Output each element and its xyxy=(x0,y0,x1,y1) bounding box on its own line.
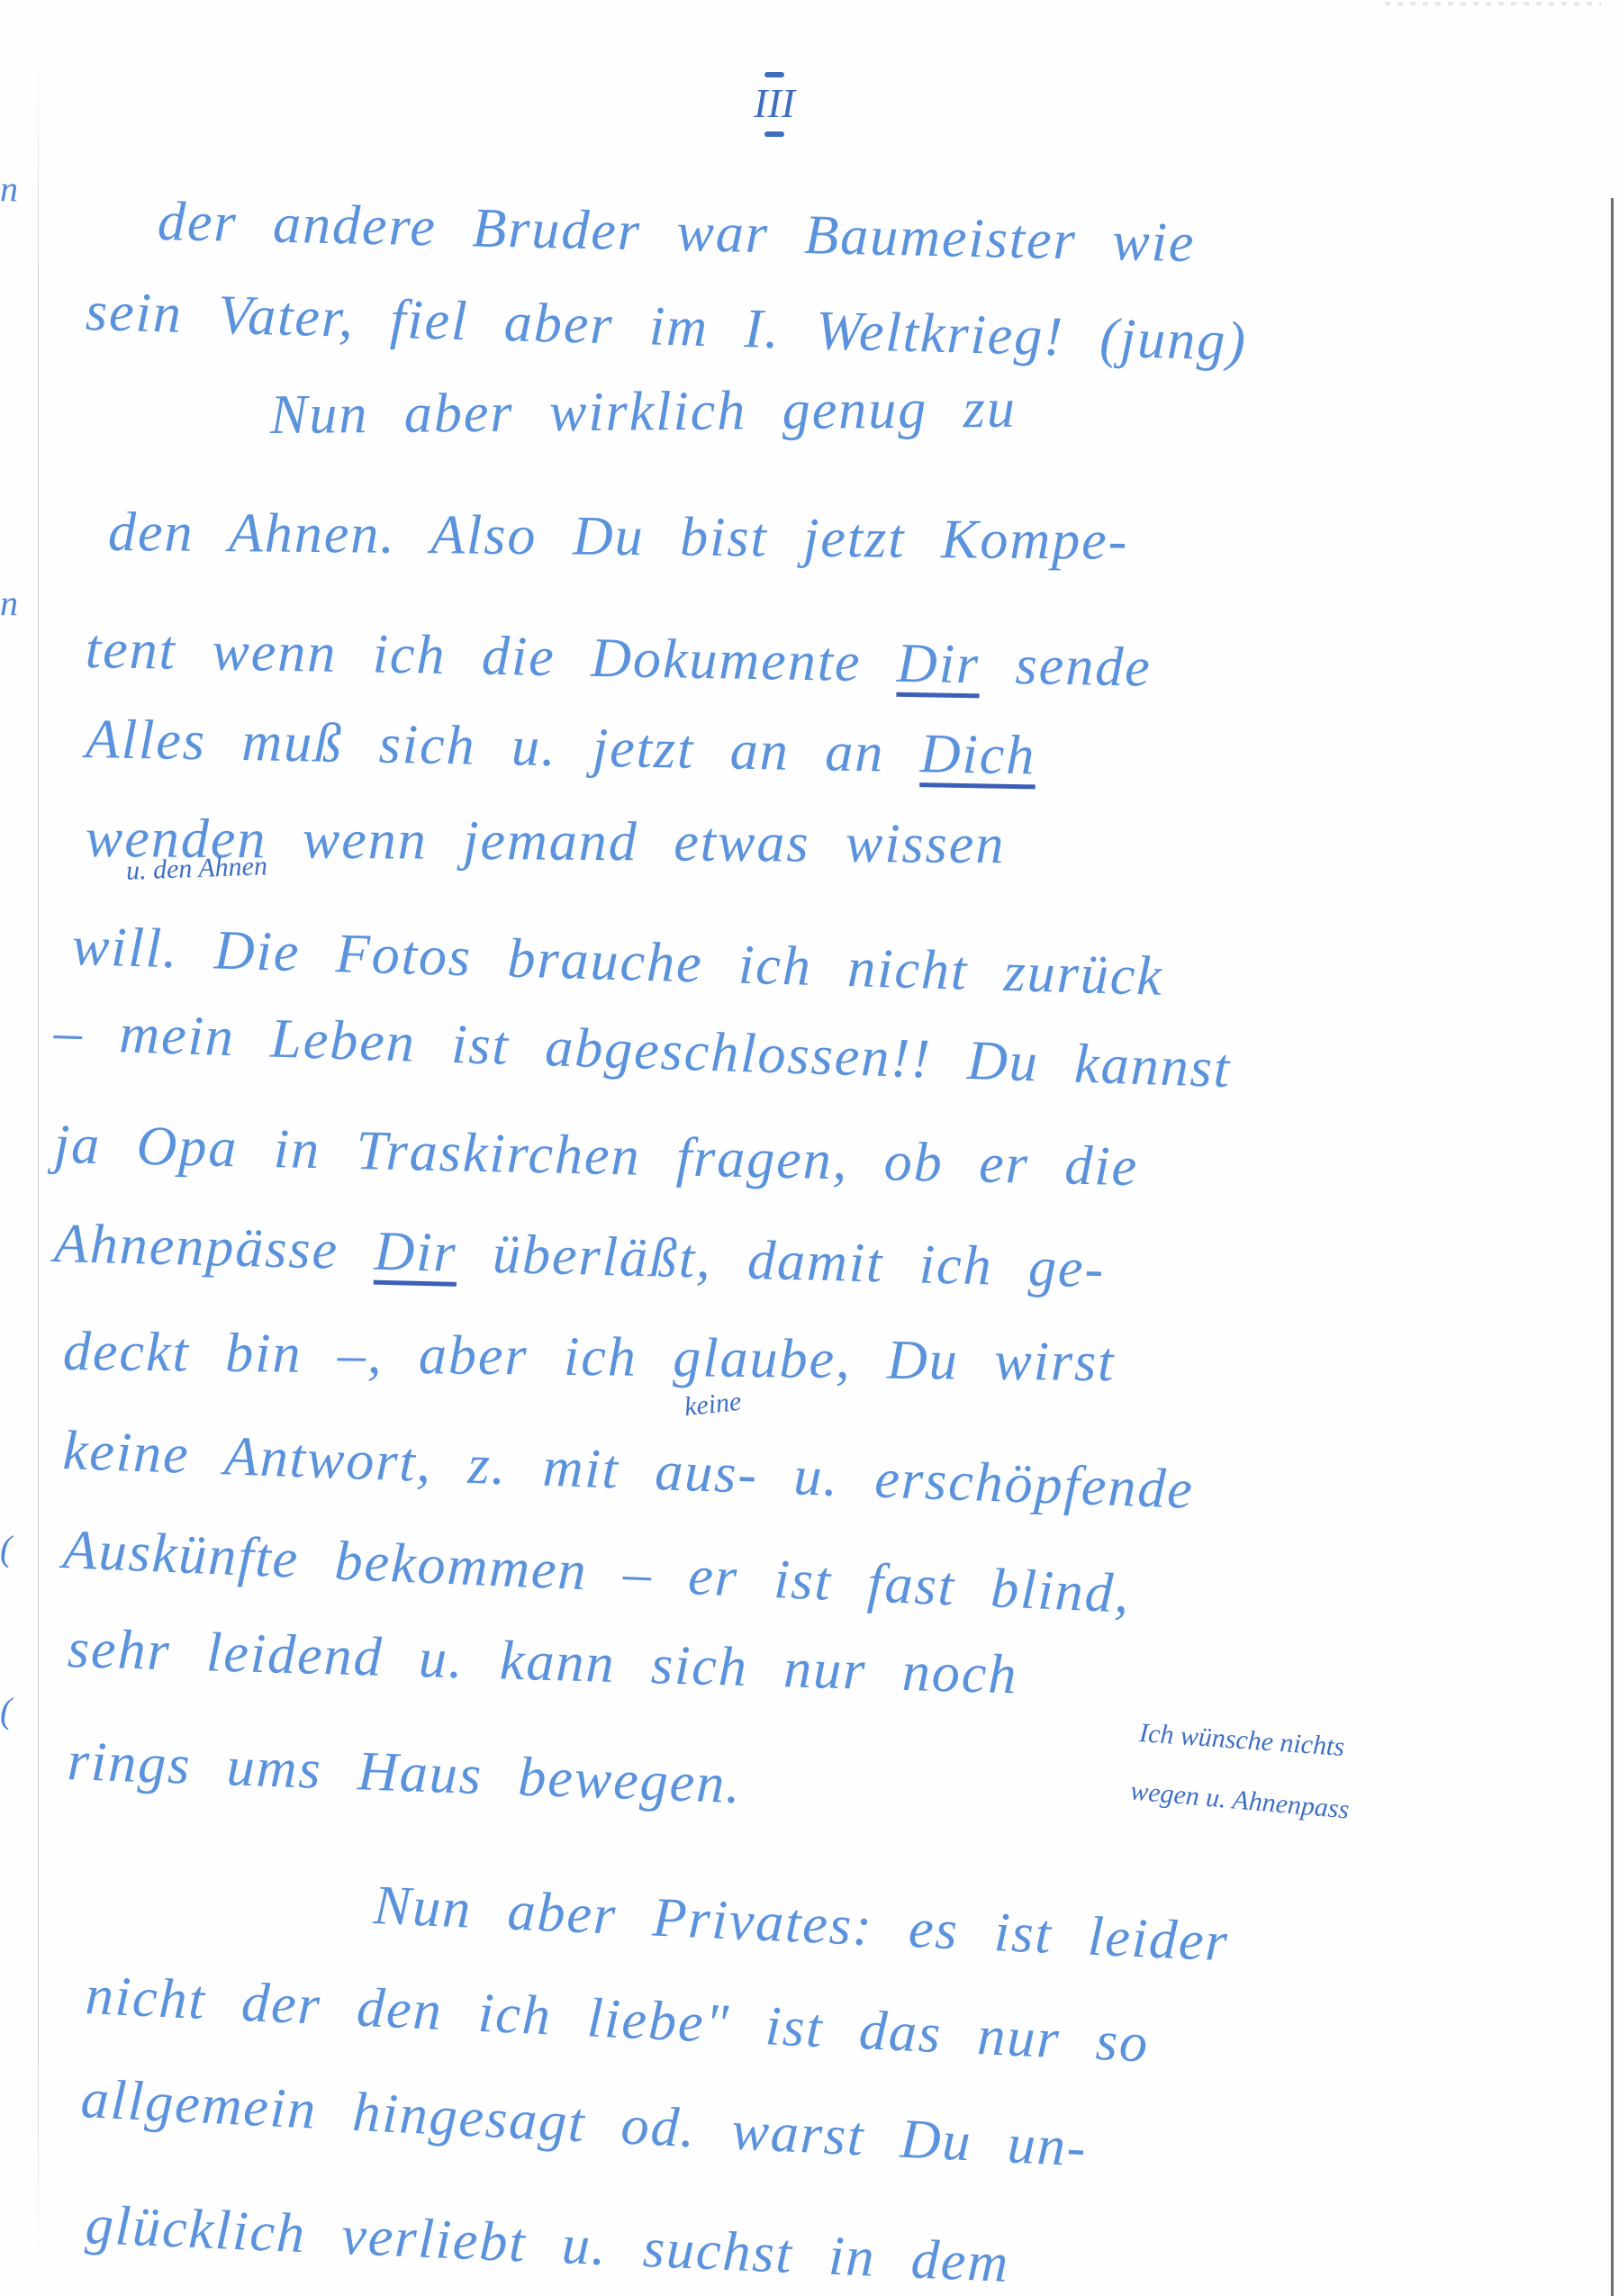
line-segment: tent wenn ich die Dokumente xyxy=(85,619,897,694)
margin-note: ( xyxy=(0,1693,12,1729)
line-segment: überläßt, damit ich ge- xyxy=(457,1223,1106,1300)
interlinear-note: wegen u. Ahnenpass xyxy=(1129,1777,1350,1823)
handwritten-line: keine Antwort, z. mit aus- u. erschöpfen… xyxy=(62,1423,1195,1518)
handwritten-line: Alles muß sich u. jetzt an an Dich xyxy=(85,711,1036,783)
letter-page: III nn(( der andere Bruder war Baumeiste… xyxy=(0,0,1619,2296)
line-segment: sende xyxy=(980,634,1153,698)
margin-note: n xyxy=(0,585,18,621)
scan-artifact xyxy=(1385,2,1601,5)
page-number-underline xyxy=(764,131,784,137)
handwritten-line: den Ahnen. Also Du bist jetzt Kompe- xyxy=(108,504,1129,569)
paper-fold-line xyxy=(38,54,39,2269)
handwritten-line: Ahnenpässe Dir überläßt, damit ich ge- xyxy=(53,1216,1106,1297)
page-number-text: III xyxy=(754,80,795,126)
handwritten-line: deckt bin –, aber ich glaube, Du wirst xyxy=(63,1324,1116,1390)
page-number: III xyxy=(747,72,801,137)
underlined-word: Dich xyxy=(919,723,1036,786)
handwritten-line: sein Vater, fiel aber im I. Weltkrieg! (… xyxy=(85,284,1248,370)
handwritten-line: will. Die Fotos brauche ich nicht zurück xyxy=(71,918,1164,1005)
interlinear-note: u. den Ahnen xyxy=(126,853,268,884)
handwritten-line: Nun aber Privates: es ist leider xyxy=(373,1877,1230,1970)
handwritten-line: nicht der den ich liebe" ist das nur so xyxy=(85,1967,1151,2072)
interlinear-note: keine xyxy=(683,1388,743,1421)
page-number-overline xyxy=(764,72,784,77)
handwritten-line: Auskünfte bekommen – er ist fast blind, xyxy=(62,1522,1132,1623)
underlined-word: Dir xyxy=(896,633,980,696)
handwritten-line: ja Opa in Traskirchen fragen, ob er die xyxy=(53,1116,1138,1195)
handwritten-line: sehr leidend u. kann sich nur noch xyxy=(67,1621,1018,1703)
handwritten-line: – mein Leben ist abgeschlossen!! Du kann… xyxy=(53,1004,1232,1097)
handwritten-line: Nun aber wirklich genug zu xyxy=(270,381,1017,443)
margin-note: ( xyxy=(0,1531,12,1567)
underlined-word: Dir xyxy=(374,1221,458,1284)
handwritten-line: tent wenn ich die Dokumente Dir sende xyxy=(85,621,1152,696)
handwritten-line: glücklich verliebt u. suchst in dem xyxy=(85,2197,1011,2291)
handwritten-line: der andere Bruder war Baumeister wie xyxy=(157,194,1196,271)
page-edge xyxy=(1611,198,1614,2296)
margin-note: n xyxy=(0,171,18,207)
line-segment: Alles muß sich u. jetzt an an xyxy=(85,709,920,784)
interlinear-note: Ich wünsche nichts xyxy=(1138,1720,1345,1761)
line-segment: Ahnenpässe xyxy=(53,1213,375,1282)
handwritten-line: allgemein hingesagt od. warst Du un- xyxy=(79,2071,1089,2176)
handwritten-line: rings ums Haus bewegen. xyxy=(67,1733,743,1812)
